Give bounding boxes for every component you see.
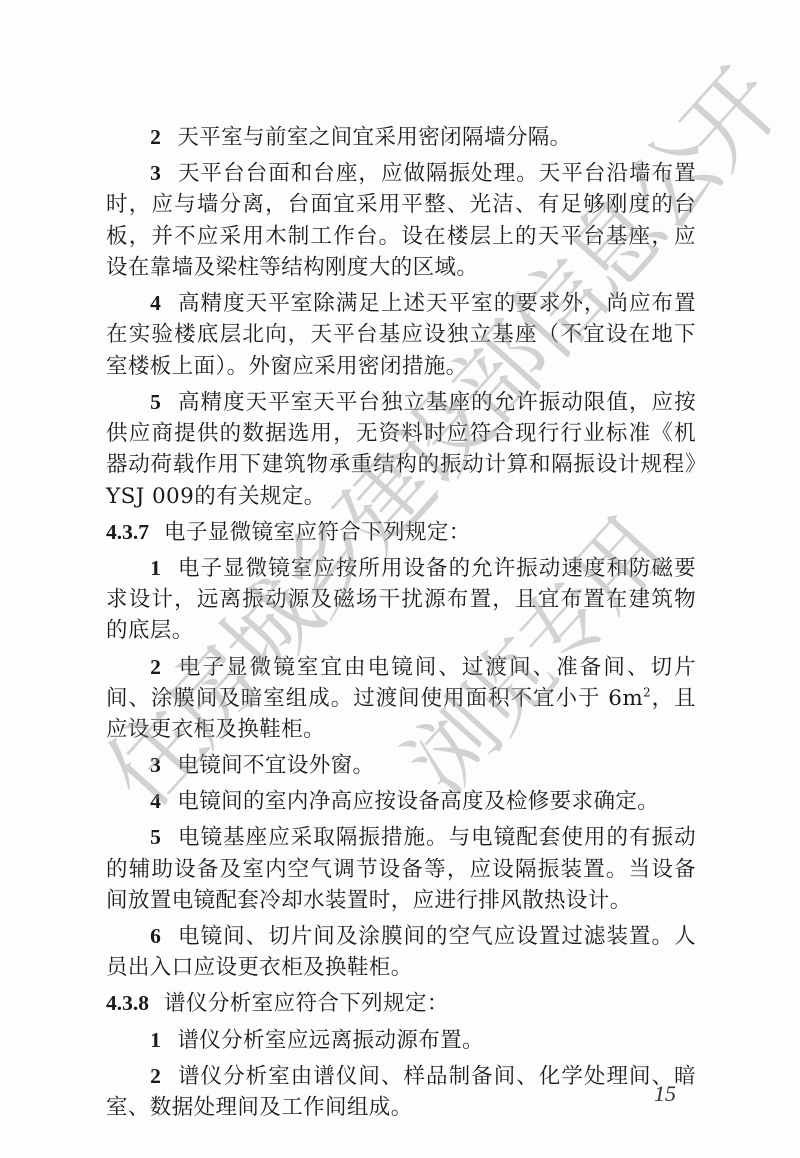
item-2-weighing-room-partition: 2天平室与前室之间宜采用密闭隔墙分隔。 bbox=[106, 122, 696, 153]
item-number: 4 bbox=[150, 789, 161, 813]
item-number: 1 bbox=[150, 1028, 161, 1052]
item-6-air-filtration: 6电镜间、切片间及涂膜间的空气应设置过滤装置。人员出入口应设更衣柜及换鞋柜。 bbox=[106, 921, 696, 984]
item-number: 4 bbox=[150, 291, 161, 315]
item-text: 电镜间的室内净高应按设备高度及检修要求确定。 bbox=[177, 789, 659, 814]
item-number: 2 bbox=[150, 655, 161, 679]
item-number: 3 bbox=[150, 753, 161, 777]
item-text: 电镜间不宜设外窗。 bbox=[177, 753, 374, 778]
item-4-high-precision-room: 4高精度天平室除满足上述天平室的要求外，尚应布置在实验楼底层北向，天平台基应设独… bbox=[106, 288, 696, 382]
item-text: 高精度天平室除满足上述天平室的要求外，尚应布置在实验楼底层北向，天平台基应设独立… bbox=[106, 291, 696, 379]
item-number: 5 bbox=[150, 390, 161, 414]
item-2-spectrometer-composition: 2谱仪分析室由谱仪间、样品制备间、化学处理间、暗室、数据处理间及工作间组成。 bbox=[106, 1061, 696, 1124]
item-2-em-room-composition: 2电子显微镜室宜由电镜间、过渡间、准备间、切片间、涂膜间及暗室组成。过渡间使用面… bbox=[106, 652, 696, 746]
clause-4-3-7-heading: 4.3.7电子显微镜室应符合下列规定： bbox=[106, 517, 696, 548]
item-3-balance-table: 3天平台台面和台座，应做隔振处理。天平台沿墙布置时，应与墙分离，台面宜采用平整、… bbox=[106, 158, 696, 283]
page-number: 15 bbox=[654, 1081, 676, 1107]
clause-text: 谱仪分析室应符合下列规定： bbox=[164, 991, 449, 1016]
item-number: 3 bbox=[150, 161, 161, 185]
clause-number: 4.3.7 bbox=[106, 520, 149, 544]
item-text: 谱仪分析室应远离振动源布置。 bbox=[177, 1028, 484, 1053]
item-number: 6 bbox=[150, 924, 161, 948]
item-text: 天平台台面和台座，应做隔振处理。天平台沿墙布置时，应与墙分离，台面宜采用平整、光… bbox=[106, 161, 696, 280]
document-body: 2天平室与前室之间宜采用密闭隔墙分隔。 3天平台台面和台座，应做隔振处理。天平台… bbox=[106, 122, 696, 1128]
item-3-no-external-window: 3电镜间不宜设外窗。 bbox=[106, 750, 696, 781]
item-5-vibration-isolation: 5电镜基座应采取隔振措施。与电镜配套使用的有振动的辅助设备及室内空气调节设备等，… bbox=[106, 822, 696, 916]
item-1-spectrometer-location: 1谱仪分析室应远离振动源布置。 bbox=[106, 1025, 696, 1056]
clause-4-3-8-heading: 4.3.8谱仪分析室应符合下列规定： bbox=[106, 988, 696, 1019]
clause-number: 4.3.8 bbox=[106, 991, 149, 1015]
item-text: 电镜间、切片间及涂膜间的空气应设置过滤装置。人员出入口应设更衣柜及换鞋柜。 bbox=[106, 924, 696, 980]
item-text: 高精度天平室天平台独立基座的允许振动限值，应按供应商提供的数据选用，无资料时应符… bbox=[106, 390, 696, 509]
item-text: 天平室与前室之间宜采用密闭隔墙分隔。 bbox=[177, 125, 571, 150]
item-text: 电子显微镜室应按所用设备的允许振动速度和防磁要求设计，远离振动源及磁场干扰源布置… bbox=[106, 556, 696, 644]
item-text: 谱仪分析室由谱仪间、样品制备间、化学处理间、暗室、数据处理间及工作间组成。 bbox=[106, 1064, 696, 1120]
item-5-vibration-limit: 5高精度天平室天平台独立基座的允许振动限值，应按供应商提供的数据选用，无资料时应… bbox=[106, 387, 696, 512]
item-text-before: 电子显微镜室宜由电镜间、过渡间、准备间、切片间、涂膜间及暗室组成。过渡间使用面积… bbox=[106, 655, 696, 711]
item-text: 电镜基座应采取隔振措施。与电镜配套使用的有振动的辅助设备及室内空气调节设备等，应… bbox=[106, 825, 696, 913]
item-number: 1 bbox=[150, 556, 161, 580]
item-number: 5 bbox=[150, 825, 161, 849]
item-number: 2 bbox=[150, 1064, 161, 1088]
clause-text: 电子显微镜室应符合下列规定： bbox=[164, 520, 471, 545]
item-4-clear-height: 4电镜间的室内净高应按设备高度及检修要求确定。 bbox=[106, 786, 696, 817]
item-number: 2 bbox=[150, 125, 161, 149]
superscript: 2 bbox=[643, 686, 651, 700]
item-1-em-room-design: 1电子显微镜室应按所用设备的允许振动速度和防磁要求设计，远离振动源及磁场干扰源布… bbox=[106, 553, 696, 647]
